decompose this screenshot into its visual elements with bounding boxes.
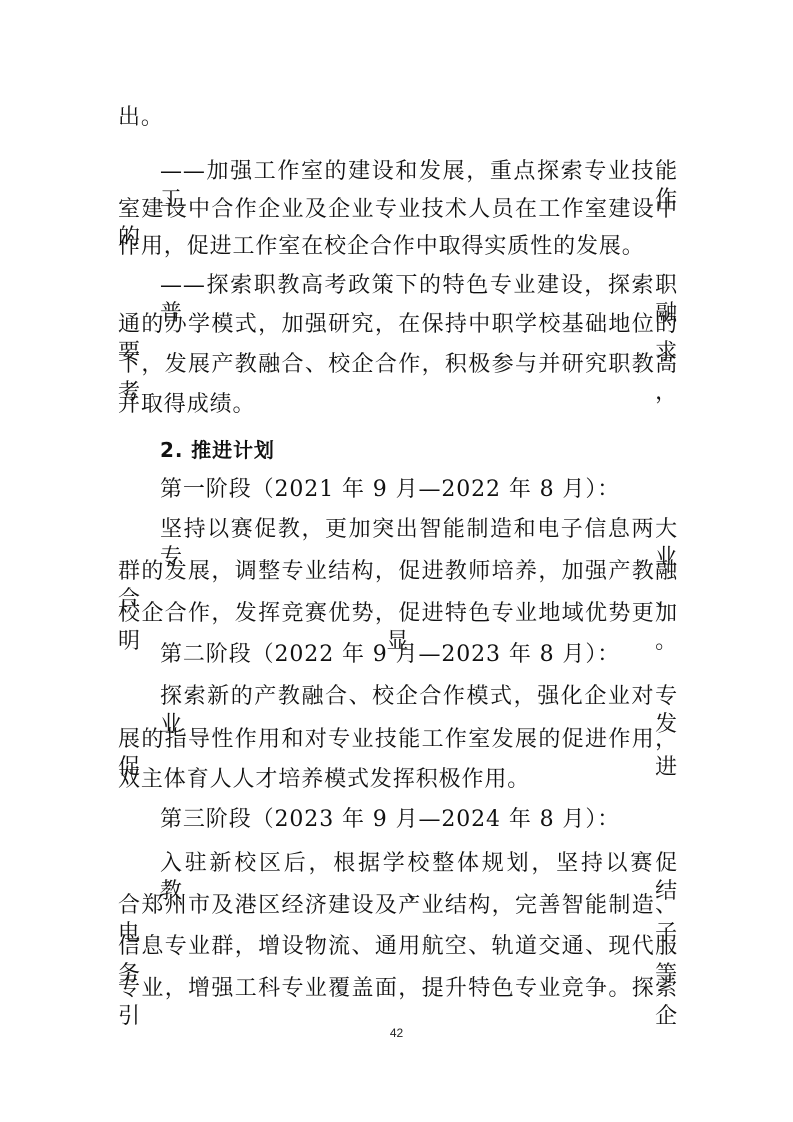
page-number: 42 [0,1026,793,1040]
text-line: 双主体育人人才培养模式发挥积极作用。 [118,766,678,794]
section-heading: 2. 推进计划 [160,436,678,464]
phase-title: 第一阶段（2021 年 9 月—2022 年 8 月）： [160,476,678,504]
text-line: 作用，促进工作室在校企合作中取得实质性的发展。 [118,233,678,261]
text-line: 出。 [118,104,678,132]
text-line: 专业，增强工科专业覆盖面，提升特色专业竞争。探索引企 [118,975,678,1031]
phase-title: 第三阶段（2023 年 9 月—2024 年 8 月）： [160,806,678,834]
text-line: 并取得成绩。 [118,391,678,419]
phase-title: 第二阶段（2022 年 9 月—2023 年 8 月）： [160,641,678,669]
